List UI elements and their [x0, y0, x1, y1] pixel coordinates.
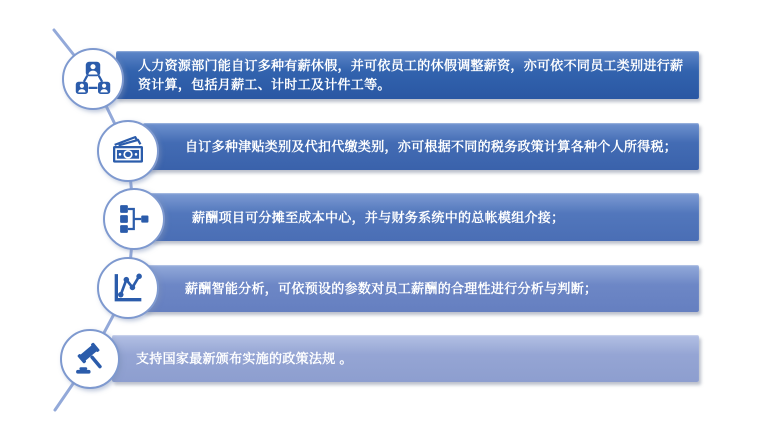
- feature-text-1: 人力资源部门能自订多种有薪休假，并可依员工的休假调整薪资，亦可依不同员工类别进行…: [138, 56, 699, 94]
- sitemap-icon: [114, 199, 154, 239]
- line-chart-icon: [108, 268, 148, 308]
- feature-bar-1: 人力资源部门能自订多种有薪休假，并可依员工的休假调整薪资，亦可依不同员工类别进行…: [116, 51, 699, 99]
- feature-diagram: 人力资源部门能自订多种有薪休假，并可依员工的休假调整薪资，亦可依不同员工类别进行…: [0, 0, 768, 430]
- feature-text-5: 支持国家最新颁布实施的政策法规 。: [136, 349, 365, 368]
- feature-text-3: 薪酬项目可分摊至成本中心，并与财务系统中的总帐模组介接；: [192, 208, 576, 227]
- feature-bar-5: 支持国家最新颁布实施的政策法规 。: [112, 335, 699, 382]
- feature-icon-circle-1: [62, 48, 124, 110]
- feature-bar-3: 薪酬项目可分摊至成本中心，并与财务系统中的总帐模组介接；: [150, 193, 699, 241]
- team-network-icon: [73, 59, 113, 99]
- feature-bar-4: 薪酬智能分析，可依预设的参数对员工薪酬的合理性进行分析与判断；: [143, 265, 699, 312]
- feature-icon-circle-4: [97, 257, 159, 319]
- feature-icon-circle-2: [97, 120, 159, 182]
- feature-bar-2: 自订多种津贴类别及代扣代缴类别，亦可根据不同的税务政策计算各种个人所得税；: [143, 123, 699, 170]
- feature-icon-circle-3: [103, 188, 165, 250]
- feature-text-2: 自订多种津贴类别及代扣代缴类别，亦可根据不同的税务政策计算各种个人所得税；: [185, 137, 689, 156]
- banknote-icon: [108, 131, 148, 171]
- gavel-icon: [70, 339, 110, 379]
- feature-text-4: 薪酬智能分析，可依预设的参数对员工薪酬的合理性进行分析与判断；: [185, 279, 609, 298]
- feature-icon-circle-5: [60, 329, 120, 389]
